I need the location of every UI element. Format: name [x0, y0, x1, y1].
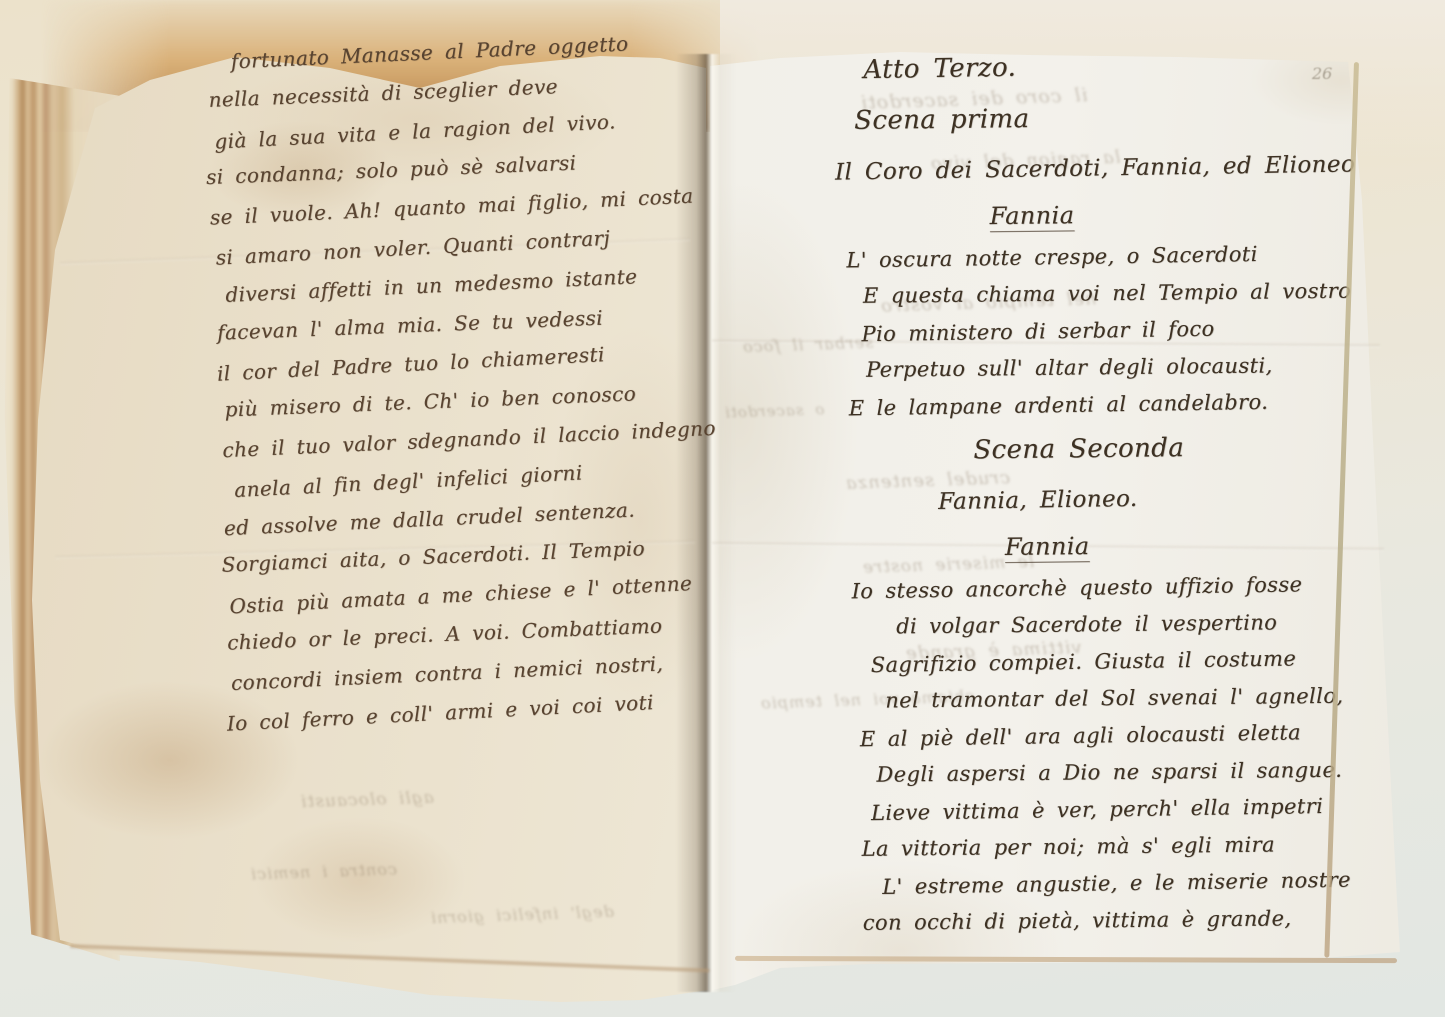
handwritten-line: Fannia — [989, 189, 1395, 239]
handwritten-line: nel tramontar del Sol svenai l' agnello, — [885, 677, 1403, 719]
handwritten-line: Scena prima — [854, 89, 1395, 147]
right-page-text: Atto Terzo.Scena primaIl Coro dei Sacerd… — [745, 36, 1407, 945]
manuscript-photo: il coro dei sacerdotila ragion del vivon… — [0, 0, 1445, 1017]
handwritten-line: Fannia, Elioneo. — [938, 471, 1401, 526]
handwritten-line: Degli aspersi a Dio ne sparsi il sangue. — [876, 751, 1404, 794]
page-number: 26 — [1312, 64, 1332, 83]
handwritten-line: Perpetuo sull' altar degli olocausti, — [866, 346, 1398, 389]
handwritten-line: Scena Seconda — [973, 420, 1400, 476]
left-page-text: fortunato Manasse al Padre oggettonella … — [196, 20, 757, 742]
handwritten-line: E questa chiama voi nel Tempio al vostro — [863, 272, 1397, 315]
handwritten-line: di volgar Sacerdote il vespertino — [896, 603, 1402, 645]
handwritten-line: La vittoria per noi; mà s' egli mira — [861, 825, 1405, 868]
handwritten-line: Il Coro dei Sacerdoti, Fannia, ed Elione… — [835, 140, 1396, 197]
